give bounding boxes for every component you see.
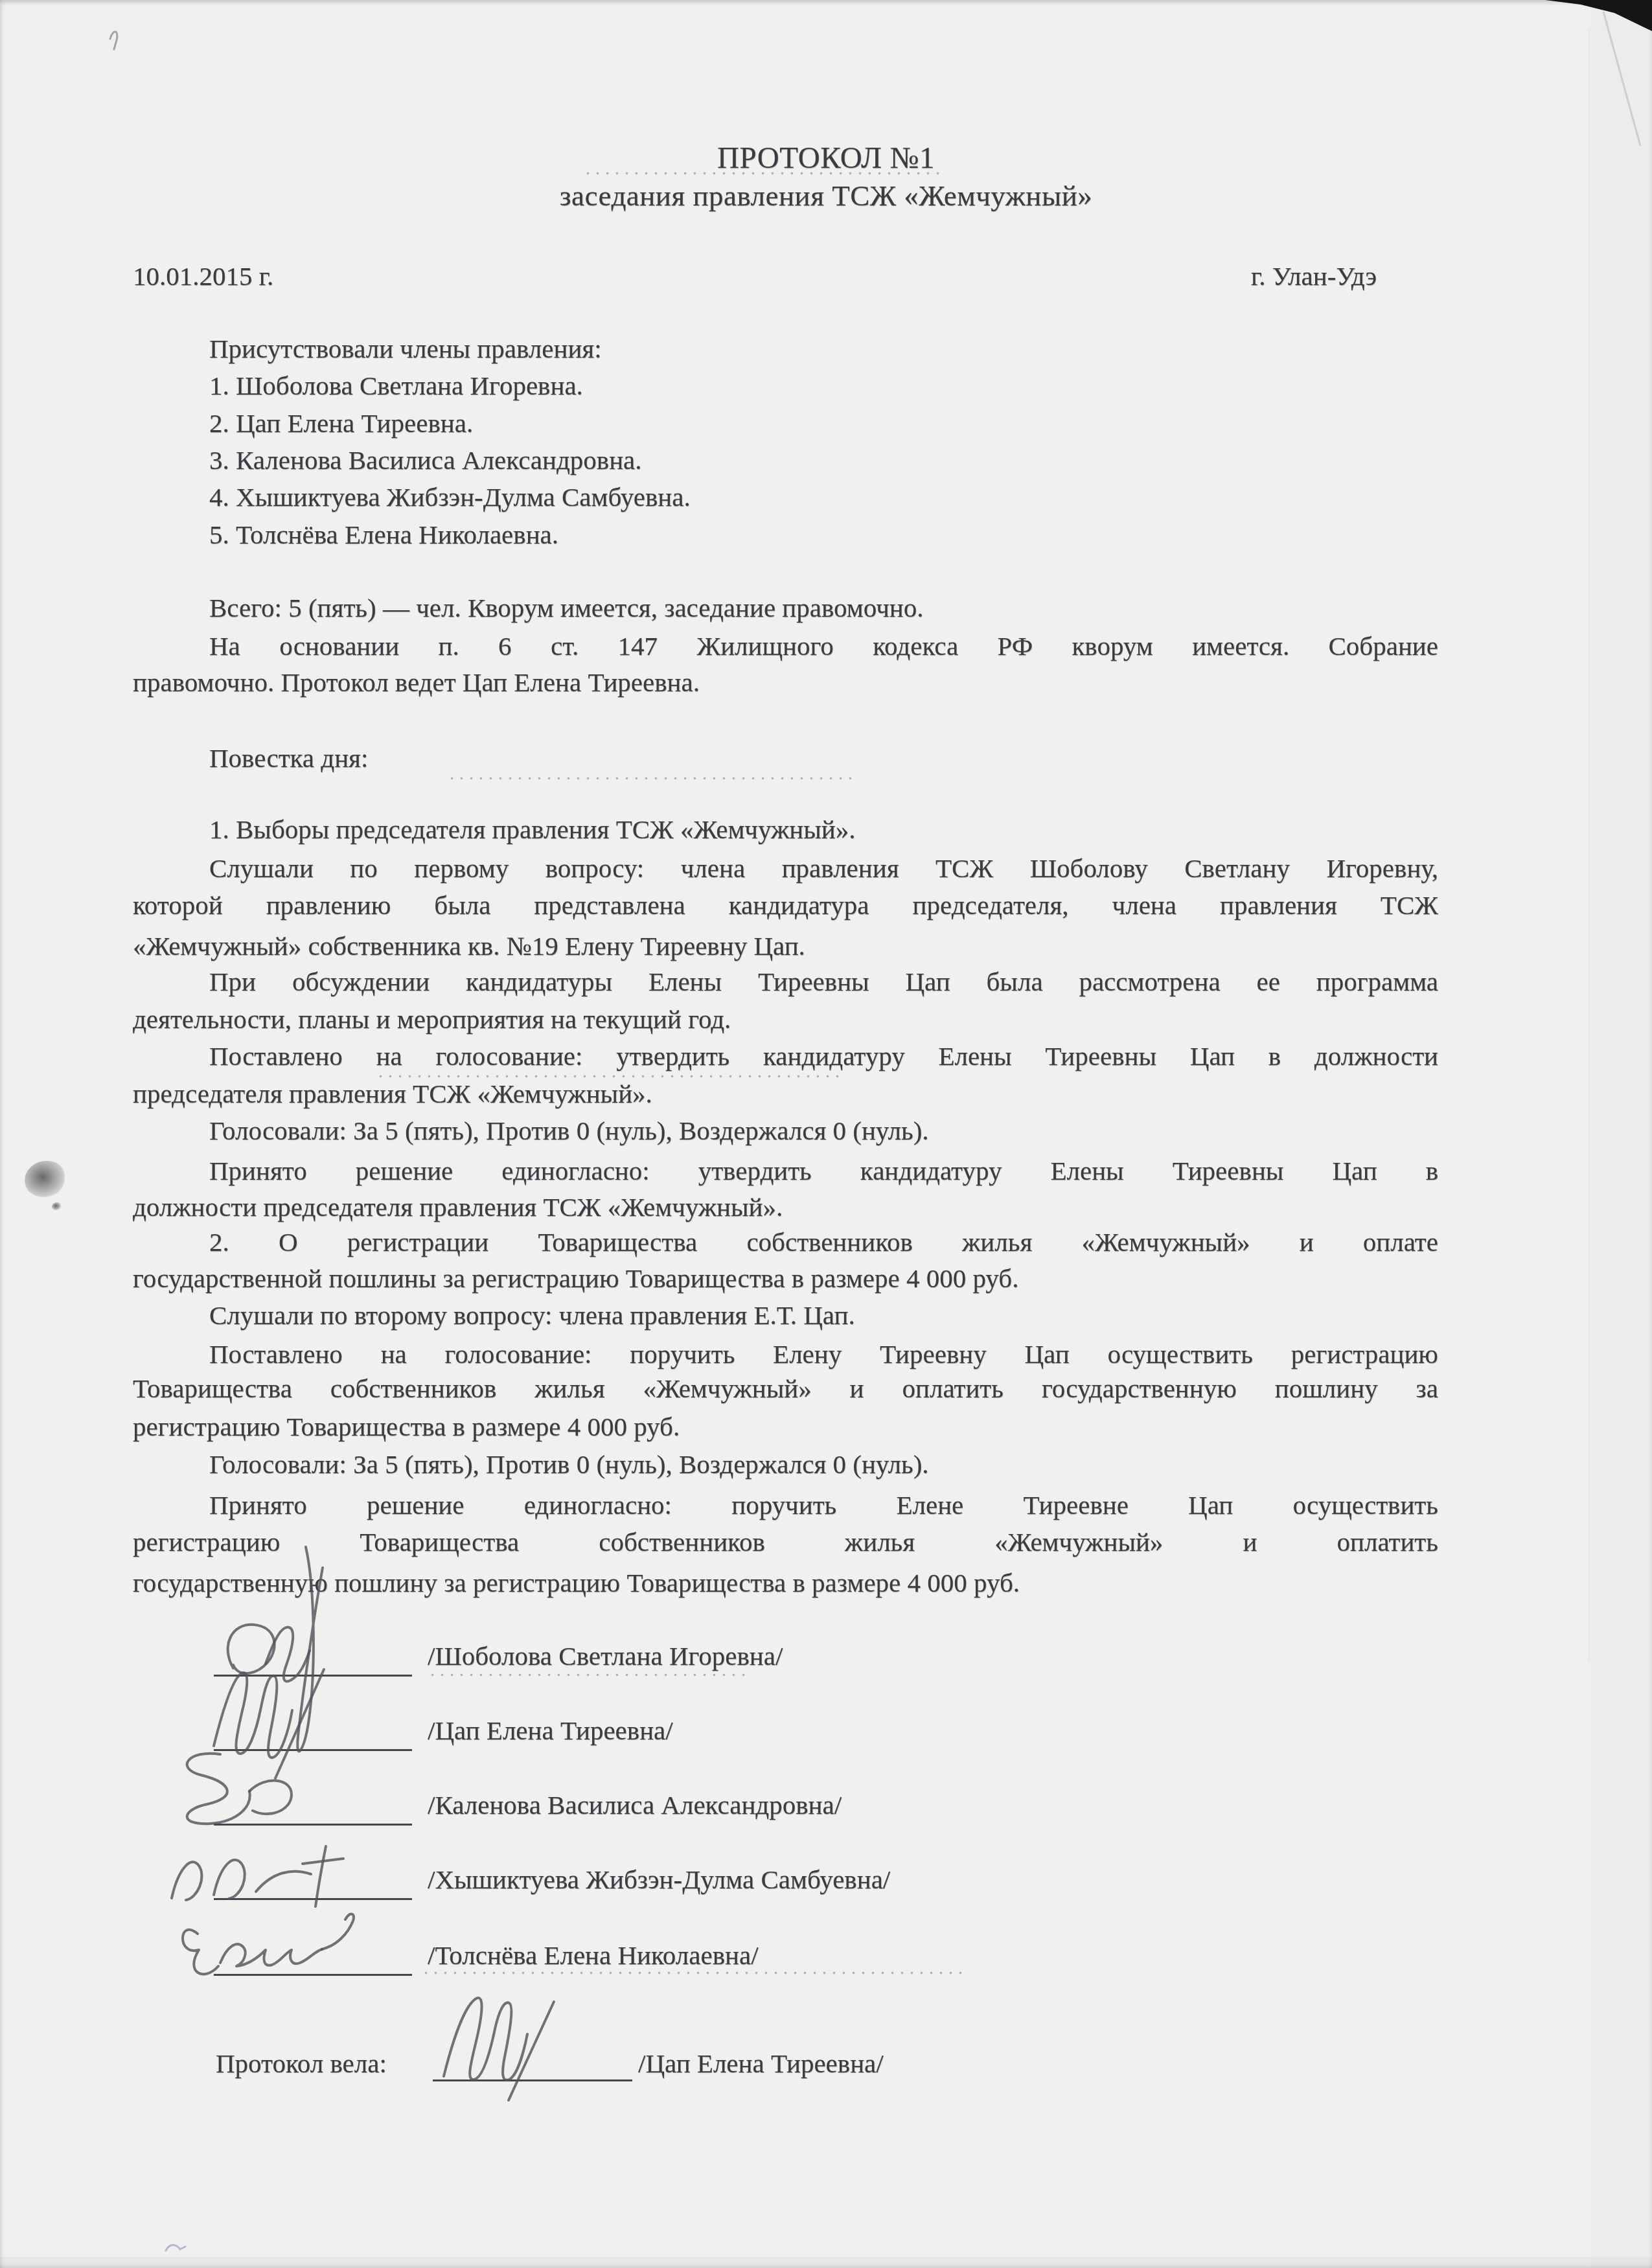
- protocol-keeper-label: Протокол вела:: [216, 2045, 387, 2082]
- body-line: Поставлено на голосование: поручить Елен…: [133, 1336, 1438, 1373]
- scan-smudge-strip-signature1: [428, 1671, 751, 1678]
- document-city: г. Улан-Удэ: [1251, 258, 1377, 295]
- body-line: 2. О регистрации Товарищества собственни…: [133, 1224, 1438, 1261]
- signature-keeper-tsap-ink: [421, 1989, 590, 2102]
- body-line: Всего: 5 (пять) — чел. Кворум имеется, з…: [133, 590, 1438, 626]
- signature-name: /Каленова Василиса Александровна/: [428, 1787, 842, 1824]
- signature-tolsneva-ink: [159, 1895, 360, 1992]
- body-line: 3. Каленова Василиса Александровна.: [133, 442, 1438, 479]
- signature-name: /Хышиктуева Жибзэн-Дулма Самбуевна/: [428, 1861, 890, 1898]
- body-line: регистрацию Товарищества в размере 4 000…: [133, 1408, 1438, 1445]
- body-line: которой правлению была представлена канд…: [133, 887, 1438, 924]
- document-date: 10.01.2015 г.: [133, 258, 273, 295]
- scan-pen-mark-topleft: [105, 25, 131, 57]
- body-line: Голосовали: За 5 (пять), Против 0 (нуль)…: [133, 1446, 1438, 1483]
- body-line: деятельности, планы и мероприятия на тек…: [133, 1001, 1438, 1038]
- scan-crease-line: [1589, 29, 1590, 1662]
- body-line: Слушали по второму вопросу: члена правле…: [133, 1297, 1438, 1334]
- body-line: Принято решение единогласно: поручить Ел…: [133, 1487, 1438, 1524]
- signature-name: /Шоболова Светлана Игоревна/: [428, 1638, 783, 1675]
- body-line: Голосовали: За 5 (пять), Против 0 (нуль)…: [133, 1112, 1438, 1149]
- scan-pen-mark-bottomleft: [163, 2240, 189, 2260]
- scan-smudge-strip-subtitle: [583, 170, 946, 176]
- body-line: На основании п. 6 ст. 147 Жилищного коде…: [133, 628, 1438, 665]
- signature-name: /Цап Елена Тиреевна/: [428, 1712, 673, 1749]
- signature-name: /Толснёва Елена Николаевна/: [428, 1937, 759, 1974]
- body-line: Слушали по первому вопросу: члена правле…: [133, 850, 1438, 887]
- signature-kalenova-ink: [162, 1743, 330, 1837]
- body-line: Принято решение единогласно: утвердить к…: [133, 1152, 1438, 1189]
- scanned-protocol-page: ПРОТОКОЛ №1 заседания правления ТСЖ «Жем…: [0, 0, 1652, 2268]
- scan-smudge-strip-agenda: [447, 775, 855, 781]
- body-line: 1. Выборы председателя правления ТСЖ «Же…: [133, 811, 1438, 848]
- body-line: При обсуждении кандидатуры Елены Тиреевн…: [133, 963, 1438, 1000]
- scan-edge-shading: [1590, 0, 1652, 2268]
- document-subtitle: заседания правления ТСЖ «Жемчужный»: [0, 176, 1652, 215]
- scan-bottom-edge: [0, 2257, 1652, 2268]
- body-line: 1. Шоболова Светлана Игоревна.: [133, 367, 1438, 404]
- body-line: должности председателя правления ТСЖ «Же…: [133, 1189, 1438, 1226]
- body-line: 5. Толснёва Елена Николаевна.: [133, 516, 1438, 553]
- body-line: «Жемчужный» собственника кв. №19 Елену Т…: [133, 928, 1438, 965]
- scan-smudge-strip-midpage: [376, 1073, 842, 1079]
- scan-ink-blob: [25, 1161, 65, 1197]
- body-line: Поставлено на голосование: утвердить кан…: [133, 1038, 1438, 1075]
- body-line: Товарищества собственников жилья «Жемчуж…: [133, 1370, 1438, 1407]
- body-line: Присутствовали члены правления:: [133, 330, 1438, 367]
- body-line: 2. Цап Елена Тиреевна.: [133, 405, 1438, 442]
- body-line: председателя правления ТСЖ «Жемчужный».: [133, 1075, 1438, 1112]
- body-line: государственной пошлины за регистрацию Т…: [133, 1260, 1438, 1297]
- body-line: Повестка дня:: [133, 740, 1438, 777]
- body-line: 4. Хышиктуева Жибзэн-Дулма Самбуевна.: [133, 479, 1438, 516]
- body-line: правомочно. Протокол ведет Цап Елена Тир…: [133, 664, 1438, 701]
- scan-smudge-strip-signature5: [421, 1969, 965, 1976]
- protocol-keeper-name: /Цап Елена Тиреевна/: [638, 2045, 884, 2082]
- scan-ink-dot: [52, 1202, 61, 1210]
